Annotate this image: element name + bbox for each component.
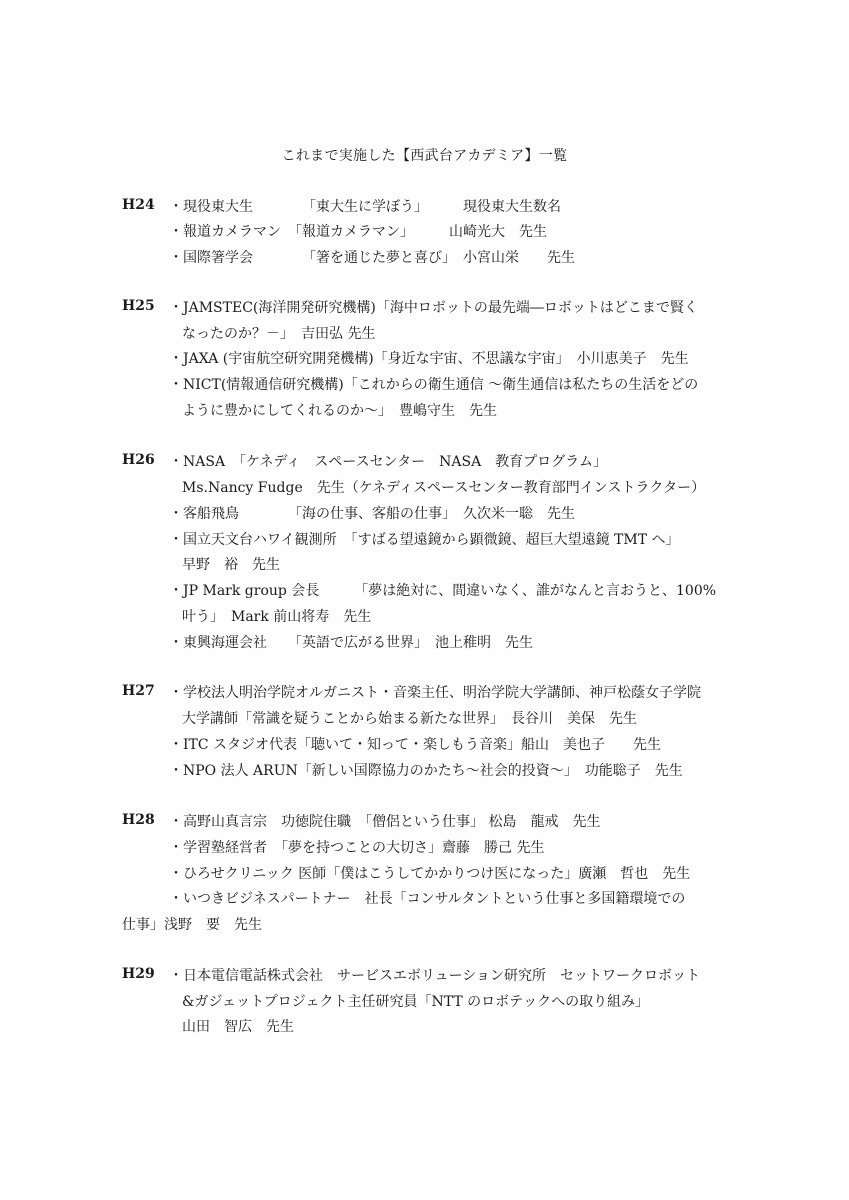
list-item: ・日本電信電話株式会社 サービスエボリューション研究所 セットワークロボット [169,966,700,986]
list-item: ・JAMSTEC(海洋開発研究機構)「海中ロボットの最先端―ロボットはどこまで賢… [169,298,698,318]
list-item-continuation: Ms.Nancy Fudge 先生（ケネディスペースセンター教育部門インストラク… [182,478,705,498]
list-item: ・国際箸学会 「箸を通じた夢と喜び」 小宮山栄 先生 [169,248,575,268]
year-label: H26 [122,452,155,468]
list-item-continuation: 大学講師「常識を疑うことから始まる新たな世界」 長谷川 美保 先生 [182,709,637,729]
year-label: H25 [122,298,155,314]
list-item-continuation: 叶う」 Mark 前山将寿 先生 [182,607,371,627]
list-item: ・ITC スタジオ代表「聴いて・知って・楽しもう音楽」船山 美也子 先生 [169,735,661,755]
page-title: これまで実施した【西武台アカデミア】一覧 [0,145,849,165]
list-item: ・学習塾経営者 「夢を持つことの大切さ」齋藤 勝己 先生 [169,838,544,858]
year-label: H27 [122,683,155,699]
list-item-continuation: 早野 裕 先生 [182,555,280,575]
list-item: ・報道カメラマン 「報道カメラマン」 山崎光大 先生 [169,222,547,242]
list-item: ・学校法人明治学院オルガニスト・音楽主任、明治学院大学講師、神戸松蔭女子学院 [169,683,701,703]
list-item-continuation: なったのか？－」 吉田弘 先生 [182,324,375,344]
list-item-continuation: 仕事」浅野 要 先生 [122,915,262,935]
list-item-continuation: 山田 智広 先生 [182,1017,294,1037]
list-item: ・現役東大生 「東大生に学ぼう」 現役東大生数名 [169,197,561,217]
list-item: ・いつきビジネスパートナー 社長「コンサルタントという仕事と多国籍環境での [169,889,685,909]
list-item: ・NPO 法人 ARUN「新しい国際協力のかたち～社会的投資～」 功能聡子 先生 [169,761,683,781]
list-item: ・NASA 「ケネディ スペースセンター NASA 教育プログラム」 [169,452,607,472]
year-label: H29 [122,966,155,982]
year-label: H28 [122,812,155,828]
list-item: ・高野山真言宗 功徳院住職 「僧侶という仕事」 松島 龍戒 先生 [169,812,600,832]
list-item: ・JAXA (宇宙航空研究開発機構)「身近な宇宙、不思議な宇宙」 小川恵美子 先… [169,349,689,369]
document-page: これまで実施した【西武台アカデミア】一覧 H24 ・現役東大生 「東大生に学ぼう… [0,0,849,1200]
list-item: ・JP Mark group 会長 「夢は絶対に、間違いなく、誰がなんと言おうと… [169,581,716,601]
list-item: ・ひろせクリニック 医師「僕はこうしてかかりつけ医になった」廣瀬 哲也 先生 [169,864,690,884]
list-item-continuation: &ガジェットプロジェクト主任研究員「NTT のロボテックへの取り組み」 [182,992,649,1012]
list-item: ・東興海運会社 「英語で広がる世界」 池上稚明 先生 [169,633,533,653]
list-item: ・客船飛鳥 「海の仕事、客船の仕事」 久次米一聡 先生 [169,504,575,524]
year-label: H24 [122,197,155,213]
list-item-continuation: ように豊かにしてくれるのか～」 豊嶋守生 先生 [182,401,497,421]
list-item: ・NICT(情報通信研究機構)「これからの衛生通信 ～衛生通信は私たちの生活をど… [169,375,698,395]
list-item: ・国立天文台ハワイ観測所 「すばる望遠鏡から顕微鏡、超巨大望遠鏡 TMT へ」 [169,530,680,550]
